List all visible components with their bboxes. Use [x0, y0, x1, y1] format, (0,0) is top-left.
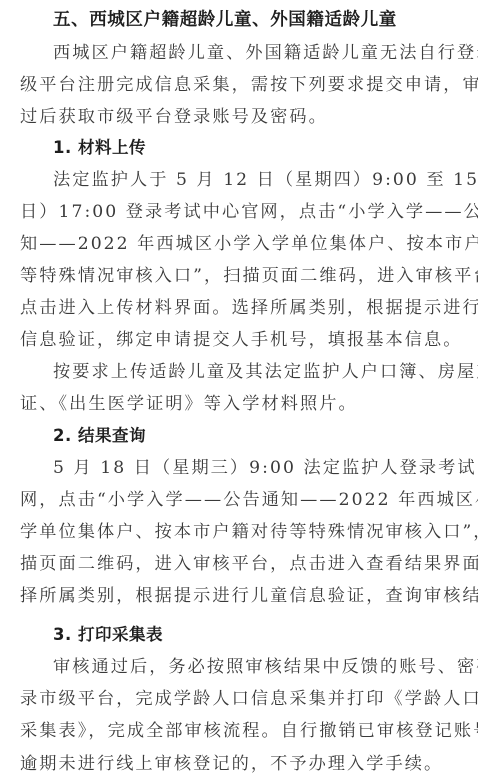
paragraph-line: 录市级平台，完成学龄人口信息采集并打印《学龄人口信息	[20, 687, 460, 711]
paragraph-line: 5 月 18 日（星期三）9:00 法定监护人登录考试中心官	[53, 456, 460, 480]
paragraph-line: 逾期未进行线上审核登记的，不予办理入学手续。	[20, 752, 460, 776]
paragraph-line: 日）17:00 登录考试中心官网，点击“小学入学——公告通	[20, 200, 460, 224]
paragraph-line: 描页面二维码，进入审核平台，点击进入查看结果界面。选	[20, 552, 460, 576]
paragraph-line: 等特殊情况审核入口”，扫描页面二维码，进入审核平台，	[20, 264, 460, 288]
paragraph-line: 审核通过后，务必按照审核结果中反馈的账号、密码登	[53, 655, 460, 679]
paragraph-line: 知——2022 年西城区小学入学单位集体户、按本市户籍对待	[20, 232, 460, 256]
step-heading-result-query: 2. 结果查询	[53, 424, 460, 448]
intro-line: 过后获取市级平台登录账号及密码。	[20, 105, 460, 129]
intro-line: 级平台注册完成信息采集，需按下列要求提交申请，审核通	[20, 73, 460, 97]
section-title: 五、西城区户籍超龄儿童、外国籍适龄儿童	[53, 8, 460, 32]
paragraph-line: 网，点击“小学入学——公告通知——2022 年西城区小学入	[20, 488, 460, 512]
intro-line: 西城区户籍超龄儿童、外国籍适龄儿童无法自行登录市	[53, 41, 460, 65]
paragraph-line: 法定监护人于 5 月 12 日（星期四）9:00 至 15 日（星期	[53, 168, 460, 192]
step-heading-materials-upload: 1. 材料上传	[53, 136, 460, 160]
paragraph-line: 信息验证，绑定申请提交人手机号，填报基本信息。	[20, 328, 460, 352]
paragraph-line: 按要求上传适龄儿童及其法定监护人户口簿、房屋产权	[53, 360, 460, 384]
paragraph-line: 点击进入上传材料界面。选择所属类别，根据提示进行儿童	[20, 296, 460, 320]
paragraph-line: 采集表》，完成全部审核流程。自行撤销已审核登记账号或	[20, 719, 460, 743]
paragraph-line: 择所属类别，根据提示进行儿童信息验证，查询审核结果。	[20, 584, 460, 608]
step-heading-print-form: 3. 打印采集表	[53, 623, 460, 647]
paragraph-line: 学单位集体户、按本市户籍对待等特殊情况审核入口”，扫	[20, 520, 460, 544]
paragraph-line: 证、《出生医学证明》等入学材料照片。	[20, 392, 460, 416]
